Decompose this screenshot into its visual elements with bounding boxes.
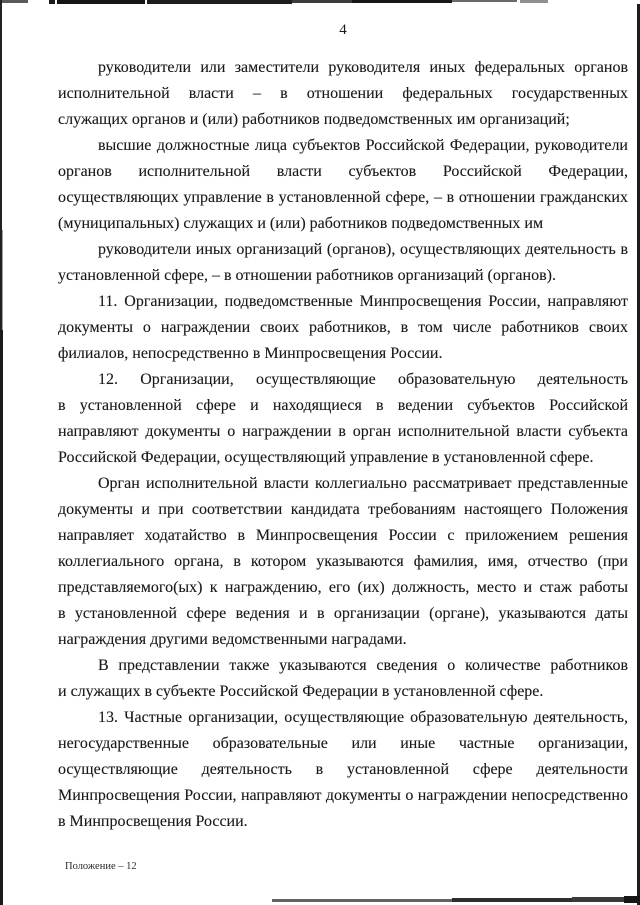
scan-artifact-top-strip bbox=[0, 0, 28, 3]
document-page: 4 руководители или заместители руководит… bbox=[0, 0, 640, 905]
paragraph: В представлении также указываются сведен… bbox=[58, 653, 628, 705]
scan-artifact-bottom-strip bbox=[272, 899, 452, 902]
text-line: в установленной сфере ведения и в органи… bbox=[58, 601, 628, 627]
scan-artifact-bottom-strip bbox=[572, 897, 640, 902]
text-line: 12. Организации, осуществляющие образова… bbox=[58, 367, 628, 393]
text-line: высшие должностные лица субъектов Россий… bbox=[58, 133, 628, 159]
text-line: (муниципальных) служащих и (или) работни… bbox=[58, 211, 628, 237]
scan-artifact-left-edge bbox=[0, 230, 3, 335]
scan-artifact-top-strip bbox=[147, 0, 292, 4]
text-line: осуществляющие деятельность в установлен… bbox=[58, 757, 628, 783]
text-line: 11. Организации, подведомственные Минпро… bbox=[58, 289, 628, 315]
page-number: 4 bbox=[58, 20, 628, 40]
text-line: направляет ходатайство в Минпросвещения … bbox=[58, 523, 628, 549]
scan-artifact-top-strip bbox=[57, 0, 145, 4]
scan-artifact-right-edge bbox=[637, 4, 640, 905]
text-line: исполнительной власти – в отношении феде… bbox=[58, 81, 628, 107]
text-line: в Минпросвещения России. bbox=[58, 809, 628, 835]
paragraph: 12. Организации, осуществляющие образова… bbox=[58, 367, 628, 471]
paragraph: руководители или заместители руководител… bbox=[58, 55, 628, 133]
text-line: Российской Федерации, осуществляющий упр… bbox=[58, 445, 628, 471]
text-line: 13. Частные организации, осуществляющие … bbox=[58, 705, 628, 731]
paragraph: 11. Организации, подведомственные Минпро… bbox=[58, 289, 628, 367]
scan-artifact-top-strip bbox=[352, 0, 452, 3]
paragraph: руководители иных организаций (органов),… bbox=[58, 237, 628, 289]
text-line: коллегиального органа, в котором указыва… bbox=[58, 549, 628, 575]
scan-artifact-top-strip bbox=[452, 0, 517, 2]
document-body: руководители или заместители руководител… bbox=[58, 55, 628, 835]
text-line: руководители или заместители руководител… bbox=[58, 55, 628, 81]
paragraph: 13. Частные организации, осуществляющие … bbox=[58, 705, 628, 835]
scan-artifact-left-edge bbox=[0, 0, 2, 335]
text-line: в установленной сфере и находящиеся в ве… bbox=[58, 393, 628, 419]
scan-artifact-bottom-strip bbox=[452, 898, 572, 902]
scan-artifact-left-edge bbox=[0, 330, 3, 905]
text-line: установленной сфере, – в отношении работ… bbox=[58, 263, 628, 289]
text-line: и служащих в субъекте Российской Федерац… bbox=[58, 679, 628, 705]
scan-artifact-bottom-strip bbox=[624, 896, 640, 903]
text-line: направляют документы о награждении в орг… bbox=[58, 419, 628, 445]
paragraph: Орган исполнительной власти коллегиально… bbox=[58, 471, 628, 653]
text-line: Минпросвещения России, направляют докуме… bbox=[58, 783, 628, 809]
text-line: документы и при соответствии кандидата т… bbox=[58, 497, 628, 523]
text-line: руководители иных организаций (органов),… bbox=[58, 237, 628, 263]
footer-label: Положение – 12 bbox=[65, 860, 137, 874]
scan-artifact-top-strip bbox=[292, 0, 352, 3]
text-line: награждения другими ведомственными награ… bbox=[58, 627, 628, 653]
scan-artifact-top-strip bbox=[520, 0, 548, 3]
text-line: Орган исполнительной власти коллегиально… bbox=[58, 471, 628, 497]
text-line: негосударственные образовательные или ин… bbox=[58, 731, 628, 757]
paragraph: высшие должностные лица субъектов Россий… bbox=[58, 133, 628, 237]
text-line: В представлении также указываются сведен… bbox=[58, 653, 628, 679]
text-line: органов исполнительной власти субъектов … bbox=[58, 159, 628, 185]
scan-artifact-top-strip bbox=[49, 0, 55, 4]
text-line: документы о награждении своих работников… bbox=[58, 315, 628, 341]
text-line: служащих органов и (или) работников подв… bbox=[58, 107, 628, 133]
text-line: представляемого(ых) к награждению, его (… bbox=[58, 575, 628, 601]
text-line: филиалов, непосредственно в Минпросвещен… bbox=[58, 341, 628, 367]
text-line: осуществляющих управление в установленно… bbox=[58, 185, 628, 211]
